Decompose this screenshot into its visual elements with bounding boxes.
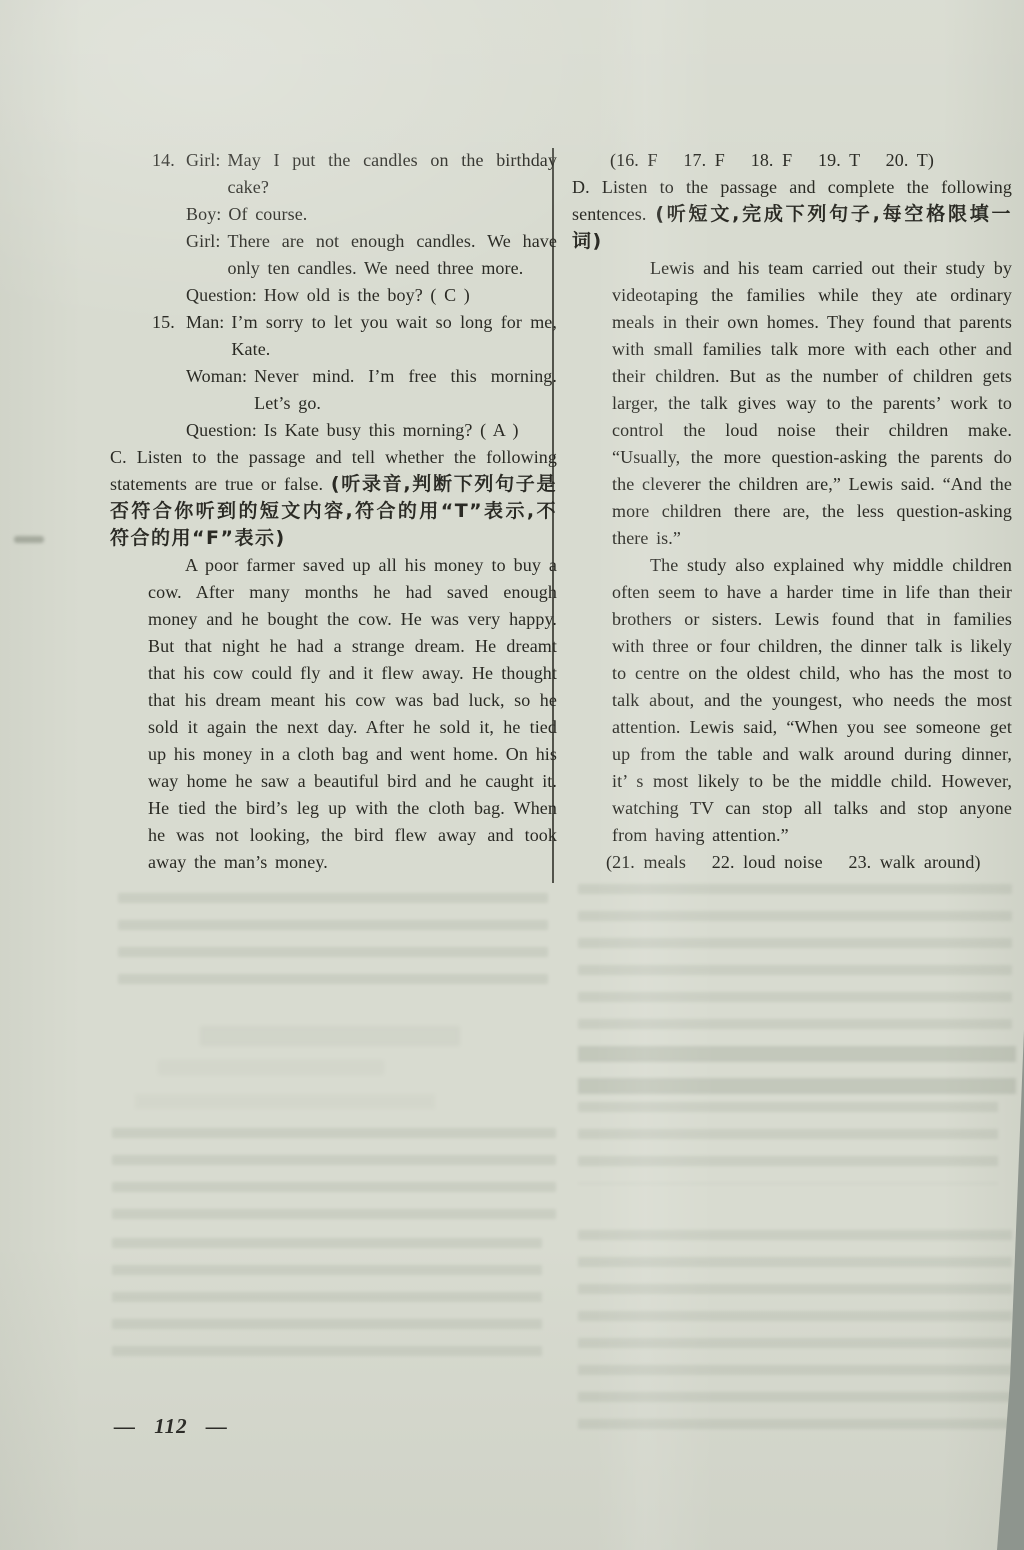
lewis-passage-paragraph-2: The study also explained why middle chil… [612, 552, 1012, 849]
question-text: How old is the boy? ( C ) [264, 282, 557, 309]
dialogue-item-14: 14. Girl: May I put the candles on the b… [110, 147, 557, 309]
page-number: — 112 — [114, 1414, 228, 1439]
dialogue-row: 14. Girl: May I put the candles on the b… [152, 147, 557, 201]
dialogue-text: May I put the candles on the birthday ca… [228, 147, 558, 201]
speaker-label: Man: [186, 309, 224, 363]
scanned-page-photo: { "background_color": "#8e958e", "paper_… [0, 0, 1024, 1550]
dialogue-text: Of course. [228, 201, 557, 228]
bleedthrough-texture [578, 1230, 1012, 1434]
answers-16-20: (16. F 17. F 18. F 19. T 20. T) [572, 147, 1012, 174]
bleedthrough-texture [118, 893, 548, 999]
page-paper: 14. Girl: May I put the candles on the b… [0, 0, 1024, 1550]
farmer-passage: A poor farmer saved up all his money to … [148, 552, 557, 876]
dialogue-row: Question: Is Kate busy this morning? ( A… [152, 417, 557, 444]
dialogue-row: Question: How old is the boy? ( C ) [152, 282, 557, 309]
right-column: (16. F 17. F 18. F 19. T 20. T) D. Liste… [572, 147, 1012, 876]
bleedthrough-texture [112, 1238, 542, 1370]
dialogue-text: I’m sorry to let you wait so long for me… [231, 309, 557, 363]
speaker-label: Boy: [186, 201, 221, 228]
dialogue-text: There are not enough candles. We have on… [228, 228, 558, 282]
question-text: Is Kate busy this morning? ( A ) [264, 417, 557, 444]
margin-smudge [14, 536, 44, 543]
section-c-heading: C. Listen to the passage and tell whethe… [110, 444, 557, 552]
dialogue-item-15: 15. Man: I’m sorry to let you wait so lo… [110, 309, 557, 444]
dialogue-row: Boy: Of course. [152, 201, 557, 228]
bleedthrough-texture [578, 1102, 998, 1184]
question-number: 14. [152, 147, 186, 201]
answers-21-23: (21. meals 22. loud noise 23. walk aroun… [572, 849, 1012, 876]
bleedthrough-texture [578, 884, 1012, 1044]
speaker-label: Girl: [186, 147, 221, 201]
speaker-label: Question: [186, 282, 257, 309]
question-number: 15. [152, 309, 186, 363]
section-d-heading: D. Listen to the passage and complete th… [572, 174, 1012, 255]
bleedthrough-texture [135, 1094, 435, 1109]
dialogue-text: Never mind. I’m free this morning. Let’s… [254, 363, 557, 417]
bleedthrough-texture [200, 1026, 460, 1046]
dialogue-row: Woman: Never mind. I’m free this morning… [152, 363, 557, 417]
left-column: 14. Girl: May I put the candles on the b… [110, 147, 557, 876]
lewis-passage-paragraph-1: Lewis and his team carried out their stu… [612, 255, 1012, 552]
bleedthrough-texture [112, 1128, 556, 1232]
speaker-label: Woman: [186, 363, 247, 417]
speaker-label: Question: [186, 417, 257, 444]
bleedthrough-texture [578, 1046, 1016, 1098]
bleedthrough-texture [158, 1060, 384, 1075]
dialogue-row: Girl: There are not enough candles. We h… [152, 228, 557, 282]
speaker-label: Girl: [186, 228, 221, 282]
dialogue-row: 15. Man: I’m sorry to let you wait so lo… [152, 309, 557, 363]
